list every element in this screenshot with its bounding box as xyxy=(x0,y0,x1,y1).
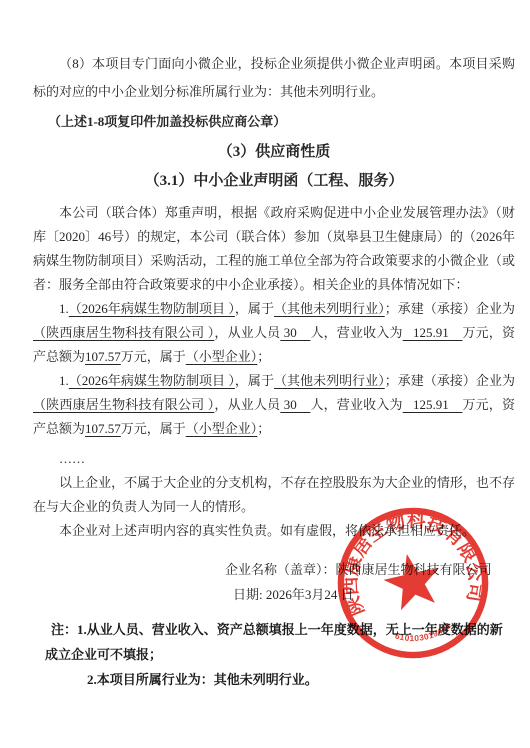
static-text: ； xyxy=(257,349,270,364)
static-text: 1. xyxy=(59,301,69,316)
filled-in-value: 107.57 xyxy=(85,349,121,364)
static-text: ，属于 xyxy=(235,373,274,388)
document-page: （8）本项目专门面向小微企业，投标企业须提供小微企业声明函。本项目采购标的对应的… xyxy=(0,0,530,748)
note-1: 注：1.从业人员、营业收入、资产总额填报上一年度数据，无上一年度数据的新成立企业… xyxy=(45,617,515,667)
static-text: ；承建（承接）企业为 xyxy=(385,373,515,388)
date-line: 日期: 2026年3月24 日 xyxy=(233,582,515,607)
filled-in-value: （其他未列明行业） xyxy=(274,373,385,388)
filled-in-value: 30 xyxy=(280,325,310,340)
filled-in-value: 125.91 xyxy=(403,397,463,412)
enterprise-item-1: 1.（2026年病媒生物防制项目 ），属于（其他未列明行业）；承建（承接）企业为… xyxy=(33,297,515,369)
filled-in-value: （小型企业） xyxy=(186,421,258,436)
no-branch-paragraph: 以上企业，不属于大企业的分支机构，不存在控股股东为大企业的情形，也不存在与大企业… xyxy=(33,471,515,519)
declaration-intro: 本公司（联合体）郑重声明，根据《政府采购促进中小企业发展管理办法》（财库〔202… xyxy=(33,201,515,297)
clause-8-paragraph: （8）本项目专门面向小微企业，投标企业须提供小微企业声明函。本项目采购标的对应的… xyxy=(33,50,515,106)
copy-stamp-note: （上述1-8项复印件加盖投标供应商公章） xyxy=(33,110,515,134)
static-text: ；承建（承接）企业为 xyxy=(385,301,515,316)
notes-block: 注：1.从业人员、营业收入、资产总额填报上一年度数据，无上一年度数据的新成立企业… xyxy=(45,617,515,692)
static-text: ，属于 xyxy=(235,301,274,316)
static-text: 人，营业收入为 xyxy=(310,325,402,340)
ellipsis-line: …… xyxy=(33,447,515,471)
static-text: ，从业人员 xyxy=(214,325,280,340)
filled-in-value: 107.57 xyxy=(85,421,121,436)
filled-in-value: 125.91 xyxy=(403,325,463,340)
filled-in-value: 30 xyxy=(280,397,310,412)
subsection-heading: （3.1）中小企业声明函（工程、服务） xyxy=(33,168,515,194)
filled-in-value: （其他未列明行业） xyxy=(274,301,385,316)
section-heading: （3）供应商性质 xyxy=(33,139,515,165)
filled-in-value: （陕西康居生物科技有限公司 ） xyxy=(33,397,214,412)
static-text: ，从业人员 xyxy=(214,397,280,412)
enterprise-item-2: 1.（2026年病媒生物防制项目 ），属于（其他未列明行业）；承建（承接）企业为… xyxy=(33,369,515,441)
filled-in-value: （小型企业） xyxy=(186,349,258,364)
static-text: 1. xyxy=(59,373,69,388)
note-2: 2.本项目所属行业为：其他未列明行业。 xyxy=(87,667,515,692)
static-text: 万元，属于 xyxy=(121,421,186,436)
filled-in-value: （2026年病媒生物防制项目 ） xyxy=(69,301,235,316)
static-text: 人，营业收入为 xyxy=(310,397,402,412)
static-text: ； xyxy=(257,421,270,436)
truthfulness-paragraph: 本企业对上述声明内容的真实性负责。如有虚假，将依法承担相应责任。 xyxy=(33,519,515,543)
company-name-line: 企业名称（盖章）：陕西康居生物科技有限公司 xyxy=(225,557,515,582)
filled-in-value: （陕西康居生物科技有限公司 ） xyxy=(33,325,214,340)
static-text: 万元，属于 xyxy=(121,349,186,364)
signature-block: 企业名称（盖章）：陕西康居生物科技有限公司 日期: 2026年3月24 日 xyxy=(33,557,515,607)
filled-in-value: （2026年病媒生物防制项目 ） xyxy=(69,373,235,388)
